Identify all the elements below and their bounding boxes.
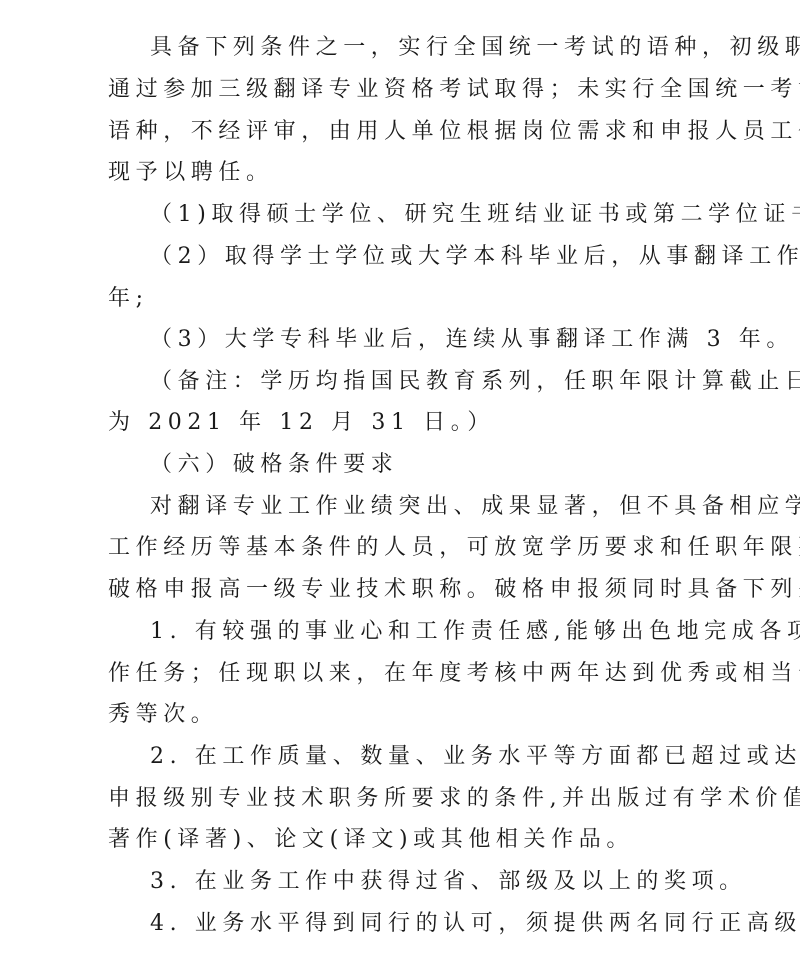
- paragraph-line: 现予以聘任。: [108, 158, 708, 188]
- list-item-line: 4. 业务水平得到同行的认可，须提供两名同行正高级专家: [150, 909, 750, 939]
- list-item-line: （3）大学专科毕业后，连续从事翻译工作满 3 年。: [150, 325, 750, 355]
- list-item-line: 秀等次。: [108, 700, 708, 730]
- paragraph-line: 具备下列条件之一，实行全国统一考试的语种，初级职称: [150, 33, 750, 63]
- list-item-line: 申报级别专业技术职务所要求的条件,并出版过有学术价值的: [108, 784, 708, 814]
- list-item-line: （1)取得硕士学位、研究生班结业证书或第二学位证书者;: [150, 200, 750, 230]
- paragraph-line: 破格申报高一级专业技术职称。破格申报须同时具备下列条件:: [108, 575, 708, 605]
- note-line: 为 2021 年 12 月 31 日。）: [108, 408, 708, 438]
- paragraph-line: 对翻译专业工作业绩突出、成果显著，但不具备相应学历、: [150, 492, 750, 522]
- list-item-line: 2. 在工作质量、数量、业务水平等方面都已超过或达到了: [150, 742, 750, 772]
- section-heading: （六）破格条件要求: [150, 450, 750, 480]
- list-item-line: 3. 在业务工作中获得过省、部级及以上的奖项。: [150, 867, 750, 897]
- note-line: （备注：学历均指国民教育系列，任职年限计算截止日期: [150, 367, 750, 397]
- paragraph-line: 通过参加三级翻译专业资格考试取得；未实行全国统一考试的: [108, 75, 708, 105]
- paragraph-line: 工作经历等基本条件的人员，可放宽学历要求和任职年限要求，: [108, 533, 708, 563]
- list-item-line: 年;: [108, 284, 708, 314]
- list-item-line: 作任务；任现职以来，在年度考核中两年达到优秀或相当于优: [108, 659, 708, 689]
- list-item-line: （2）取得学士学位或大学本科毕业后，从事翻译工作满 1: [150, 242, 750, 272]
- list-item-line: 著作(译著)、论文(译文)或其他相关作品。: [108, 825, 708, 855]
- document-page: 具备下列条件之一，实行全国统一考试的语种，初级职称 通过参加三级翻译专业资格考试…: [0, 0, 800, 967]
- paragraph-line: 语种，不经评审，由用人单位根据岗位需求和申报人员工作表: [108, 117, 708, 147]
- list-item-line: 1. 有较强的事业心和工作责任感,能够出色地完成各项工: [150, 617, 750, 647]
